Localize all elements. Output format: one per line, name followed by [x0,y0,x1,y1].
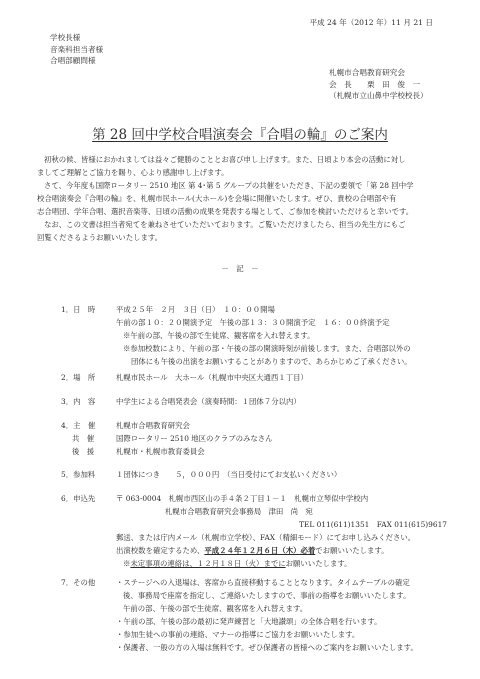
note-text: 未定事項の連絡は、１２月１８日（火）までに [130,559,285,568]
section-6-address: 〒 063-0004 札幌市西区山の手４条２丁目１－１ 札幌市立琴似中学校内 [116,492,368,505]
support-label: 後 援 [72,445,94,458]
section-7-label: 7．その他 [61,576,95,589]
deadline-date: 平成２４年１２月６日（木）必着 [204,546,315,555]
co-host-value: 国際ロータリー 2510 地区のクラブのみなさん [116,432,273,445]
section-1-note: ※午前の部、午後の部で生徒席、観客席を入れ替えます。 [123,329,315,342]
intro-paragraph: 初秋の候、皆様におかれましては益々ご健勝のこととお喜び申し上げます。また、日頃よ… [37,153,457,244]
section-6-note-line: ※未定事項の連絡は、１２月１８日（火）までにお願いいたします。 [123,557,352,570]
section-1-note: ※参加校数により、午前の部・午後の部の開演時刻が前後します。また、合唱部以外の [123,342,411,355]
section-7-item: ・保護者、一般の方の入場は無料です。ぜひ保護者の皆様へのご案内をお願いいたします… [116,641,418,654]
section-6-contact: TEL 011(611)1351 FAX 011(615)9617 [299,518,447,531]
section-7-item-cont: 午前の部、午後の部で生徒席、観客席を入れ替えます。 [123,602,307,615]
section-6-deadline-line: 出演校数を確定するため、平成２４年１２月６日（木）必着でお願いいたします。 [116,544,389,557]
addressee: 学校長様 [50,32,103,44]
deadline-suffix: でお願いいたします。 [315,546,388,555]
section-2-value: 札幌市民ホール 大ホール（札幌市中央区大通西１丁目） [116,371,308,384]
support-value: 札幌市・札幌市教育委員会 [116,445,205,458]
section-7-item-cont: 後、事務局で座席を指定し、ご連絡いたしますので、事前の指導をお願いいたします。 [123,589,411,602]
sender-affiliation: （札幌市立山鼻中学校校長） [329,90,428,102]
section-2-label: 2．場 所 [61,371,95,384]
sender-block: 札幌市合唱教育研究会 会 長 栗 田 俊 一 （札幌市立山鼻中学校校長） [329,67,428,102]
sender-organization: 札幌市合唱教育研究会 [329,67,428,79]
sender-name: 会 長 栗 田 俊 一 [329,79,428,91]
document-title: 第 28 回中学校合唱演奏会『合唱の輪』のご案内 [0,126,480,144]
ki-heading: － 記 － [0,263,480,274]
intro-line: ましてご理解とご協力を賜り、心より感謝申し上げます。 [37,166,457,179]
document-date: 平成 24 年（2012 年）11 月 21 日 [309,17,433,28]
document-title-text: 第 28 回中学校合唱演奏会『合唱の輪』のご案内 [92,127,388,143]
section-7-item: ・午前の部、午後の部の最初に発声練習と「大地讃頌」の全体合唱を行います。 [116,615,381,628]
section-5-label: 5．参加料 [61,468,95,481]
section-6-label: 6．申込先 [61,492,95,505]
intro-line: 初秋の候、皆様におかれましては益々ご健勝のこととお喜び申し上げます。また、日頃よ… [37,153,457,166]
section-7-item: ・参加生徒への事前の連絡、マナーの指導にご協力をお願いいたします。 [116,628,359,641]
section-3-value: 中学生による合唱発表会（演奏時間：１団体７分以内） [116,395,301,408]
section-1-line: 午前の部１０：２０開演予定 午後の部１３：３０開演予定 １６：００終演予定 [116,316,389,329]
intro-line: 志合唱団、学年合唱、選択音楽等、日頃の活動の成果を発表する場として、ご参加を検討… [37,205,457,218]
deadline-prefix: 出演校数を確定するため、 [116,546,204,555]
section-4-value: 札幌市合唱教育研究会 [116,419,190,432]
section-5-value: １団体につき ５，０００円 （当日受付にてお支払いください） [116,468,341,481]
addressee: 音楽科担当者様 [50,44,103,56]
section-7-item: ・ステージへの入退場は、客席から直接移動することとなります。タイムテーブルの確定 [116,576,410,589]
intro-line: さて、今年度も国際ロータリー 2510 地区 第 4･第 5 グループの共催をい… [37,179,457,192]
intro-line: 校合唱演奏会『合唱の輪』を、札幌市民ホール(大ホール)を会場に開催いたします。ぜ… [37,192,457,205]
intro-line: なお、この文書は担当者宛てを兼ねさせていただいております。ご覧いただけましたら、… [37,218,457,231]
section-3-label: 3．内 容 [61,395,95,408]
addressee: 合唱部顧問様 [50,55,103,67]
intro-line: 回覧くださるようお願いいたします。 [37,231,457,244]
section-1-note: 団体にも午後の出演をお願いすることがありますので、あらかじめご了承ください。 [131,355,412,368]
section-1-line: 平成２５年 ２月 ３日（日） １０：００開場 [116,303,275,316]
note-suffix: お願いいたします。 [286,559,352,568]
section-6-method: 郵送、または庁内メール（札幌市立学校）、FAX（精細モード）にてお申し込みくださ… [116,531,415,544]
addressee-list: 学校長様 音楽科担当者様 合唱部顧問様 [50,32,103,67]
co-host-label: 共 催 [72,432,94,445]
section-4-label: 4．主 催 [61,419,95,432]
section-6-office: 札幌市合唱教育研究会事務局 津田 尚 宛 [165,505,313,518]
section-1-label: 1．日 時 [61,303,95,316]
